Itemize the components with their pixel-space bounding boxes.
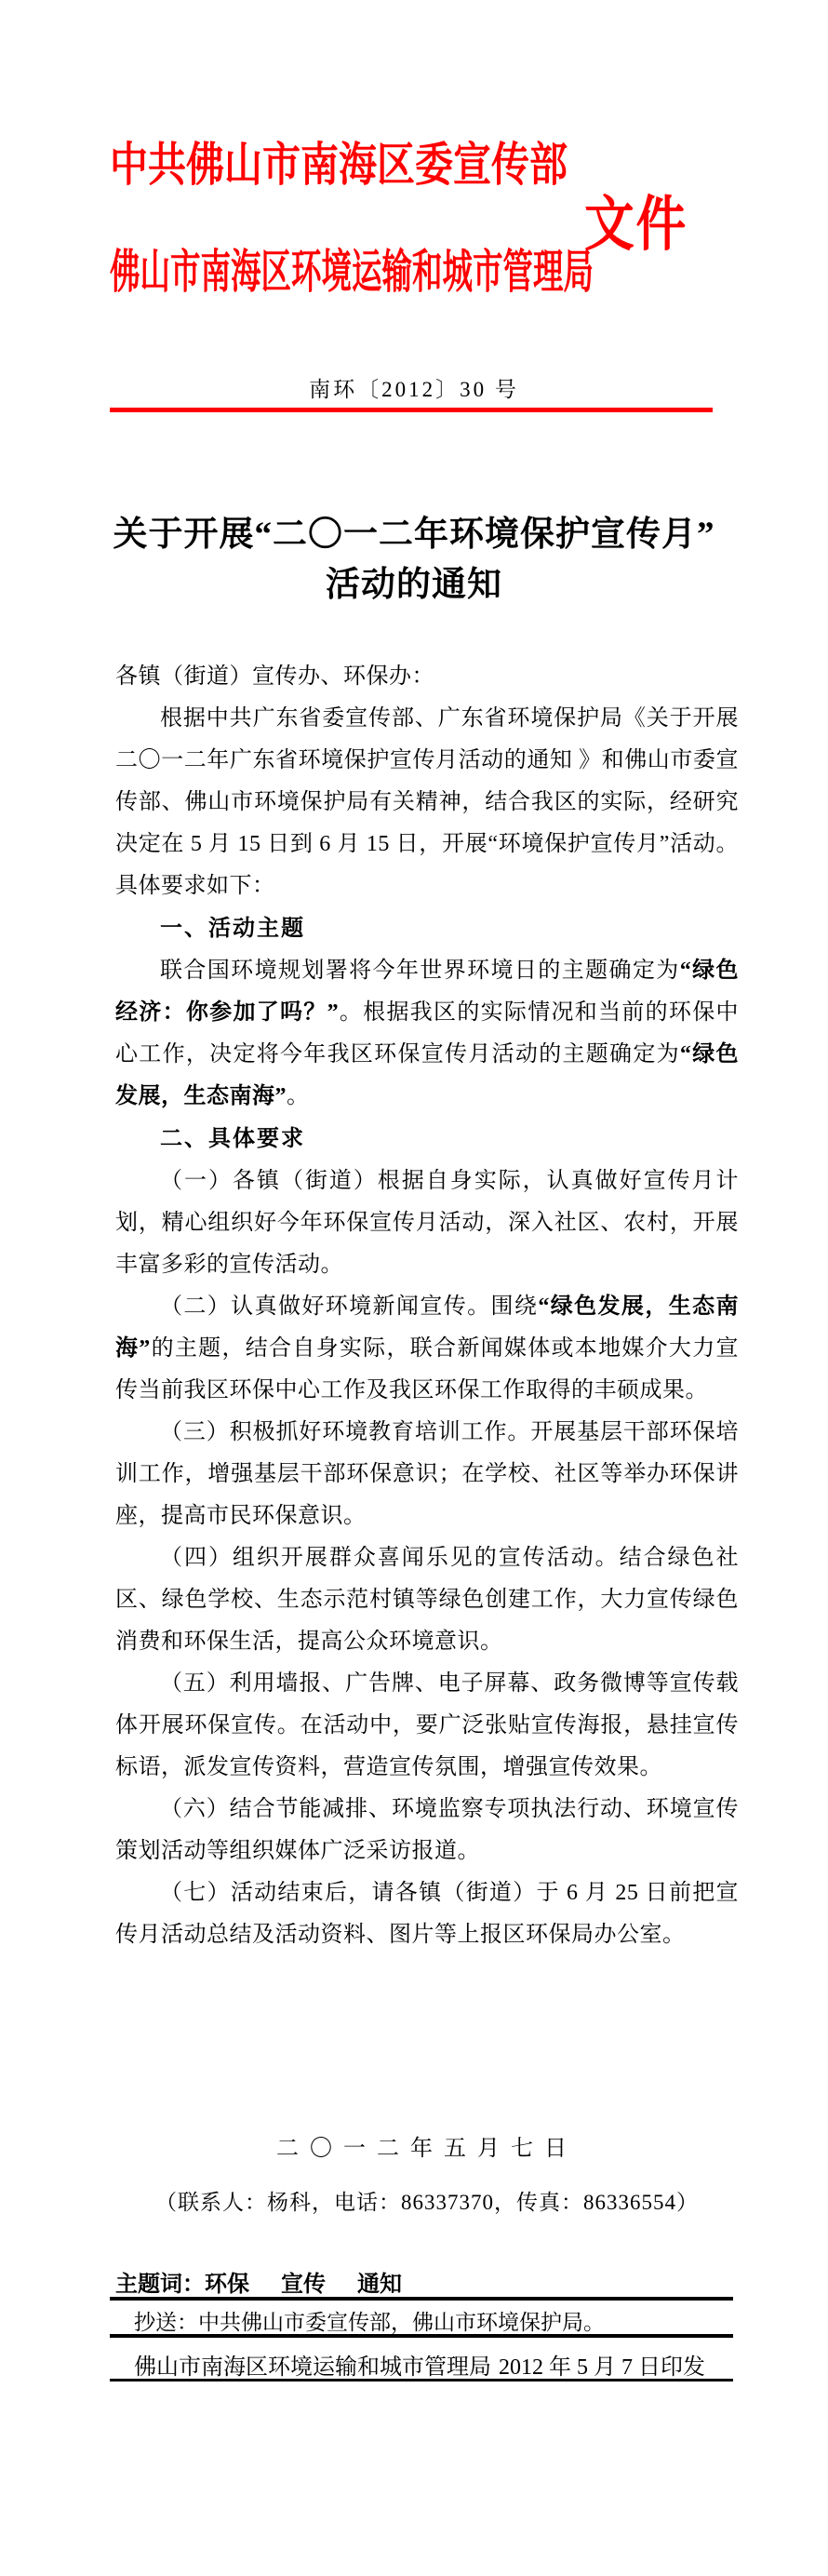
header-org-line-1: 中共佛山市南海区委宣传部 bbox=[110, 141, 568, 188]
subject-term: 通知 bbox=[357, 2272, 402, 2297]
body-paragraph: （七）活动结束后，请各镇（街道）于 6 月 25 日前把宣传月活动总结及活动资料… bbox=[115, 1872, 739, 1956]
red-rule bbox=[110, 408, 713, 412]
doc-number: 南环〔2012〕30 号 bbox=[0, 372, 828, 403]
doc-title-line-2: 活动的通知 bbox=[0, 560, 828, 610]
body-paragraph: （一）各镇（街道）根据自身实际，认真做好宣传月计划，精心组织好今年环保宣传月活动… bbox=[115, 1161, 739, 1286]
print-date: 2012 年 5 月 7 日印发 bbox=[499, 2348, 705, 2381]
footer-rule-middle bbox=[110, 2334, 733, 2338]
body-paragraph: 一、活动主题 bbox=[115, 907, 739, 950]
body-paragraph: 根据中共广东省委宣传部、广东省环境保护局《关于开展二〇一二年广东省环境保护宣传月… bbox=[115, 698, 739, 907]
sign-date: 二〇一二年五月七日 bbox=[115, 2129, 739, 2162]
footer-rule-top bbox=[110, 2297, 733, 2301]
cc-row: 抄送：中共佛山市委宣传部，佛山市环境保护局。 bbox=[134, 2305, 718, 2336]
subject-term: 宣传 bbox=[281, 2272, 326, 2297]
body-paragraph: （五）利用墙报、广告牌、电子屏幕、政务微博等宣传载体开展环保宣传。在活动中，要广… bbox=[115, 1663, 739, 1789]
issuer-name: 佛山市南海区环境运输和城市管理局 bbox=[134, 2348, 491, 2381]
header-org-line-2: 佛山市南海区环境运输和城市管理局 bbox=[110, 248, 594, 295]
doc-title-line-1: 关于开展“二〇一二年环境保护宣传月” bbox=[0, 510, 828, 560]
body-block: 各镇（街道）宣传办、环保办： 根据中共广东省委宣传部、广东省环境保护局《关于开展… bbox=[115, 656, 739, 1956]
body-paragraph: 联合国环境规划署将今年世界环境日的主题确定为“绿色经济：你参加了吗？”。根据我区… bbox=[115, 950, 739, 1118]
subject-terms: 环保宣传通知 bbox=[205, 2272, 402, 2297]
subject-row: 主题词：环保宣传通知 bbox=[115, 2265, 402, 2298]
salutation: 各镇（街道）宣传办、环保办： bbox=[115, 656, 739, 698]
body-paragraph: 二、具体要求 bbox=[115, 1118, 739, 1161]
issuer-row: 佛山市南海区环境运输和城市管理局 2012 年 5 月 7 日印发 bbox=[134, 2348, 705, 2381]
body-paragraph: （三）积极抓好环境教育培训工作。开展基层干部环保培训工作，增强基层干部环保意识；… bbox=[115, 1412, 739, 1537]
subject-label: 主题词： bbox=[115, 2272, 205, 2297]
header-wenjian-label: 文件 bbox=[584, 195, 688, 255]
document-page: 中共佛山市南海区委宣传部 佛山市南海区环境运输和城市管理局 文件 南环〔2012… bbox=[0, 0, 828, 2576]
contact-info: （联系人：杨科，电话：86337370，传真：86336554） bbox=[115, 2185, 739, 2216]
body-paragraph: （四）组织开展群众喜闻乐见的宣传活动。结合绿色社区、绿色学校、生态示范村镇等绿色… bbox=[115, 1537, 739, 1663]
body-paragraph: （六）结合节能减排、环境监察专项执法行动、环境宣传策划活动等组织媒体广泛采访报道… bbox=[115, 1789, 739, 1872]
body-paragraphs: 根据中共广东省委宣传部、广东省环境保护局《关于开展二〇一二年广东省环境保护宣传月… bbox=[115, 698, 739, 1956]
footer-rule-bottom bbox=[110, 2379, 733, 2381]
doc-title: 关于开展“二〇一二年环境保护宣传月” 活动的通知 bbox=[0, 510, 828, 610]
subject-term: 环保 bbox=[205, 2272, 249, 2297]
body-paragraph: （二）认真做好环境新闻宣传。围绕“绿色发展，生态南海”的主题，结合自身实际，联合… bbox=[115, 1286, 739, 1412]
